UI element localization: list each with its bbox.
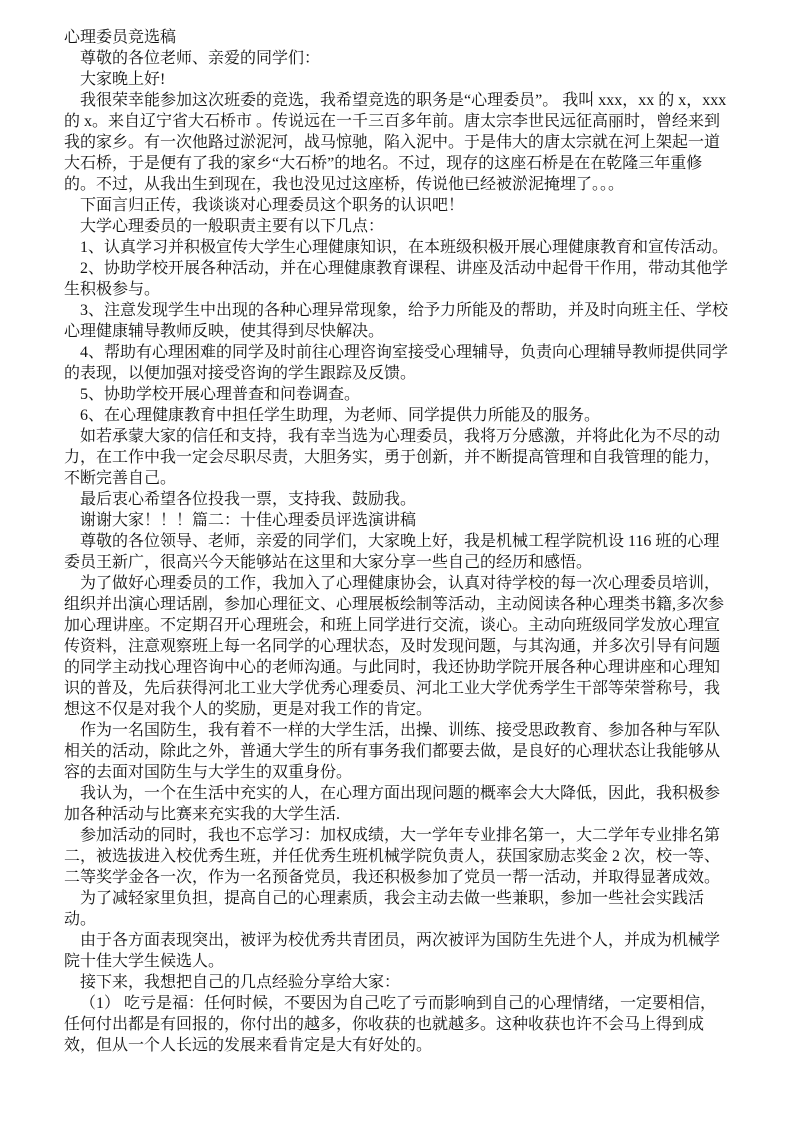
paragraph-belief: 我认为，一个在生活中充实的人，在心理方面出现问题的概率会大大降低，因此，我积极参… bbox=[64, 783, 730, 825]
paragraph-promise: 如若承蒙大家的信任和支持，我有幸当选为心理委员，我将万分感激，并将此化为不尽的动… bbox=[64, 426, 730, 489]
paragraph-duty-4: 4、帮助有心理困难的同学及时前往心理咨询室接受心理辅导，负责向心理辅导教师提供同… bbox=[64, 342, 730, 384]
document-page: 心理委员竞选稿 尊敬的各位老师、亲爱的同学们： 大家晚上好! 我很荣幸能参加这次… bbox=[0, 0, 794, 1123]
document-title: 心理委员竞选稿 bbox=[64, 27, 730, 48]
paragraph-duty-5: 5、协助学校开展心理普查和问卷调查。 bbox=[64, 384, 730, 405]
paragraph-part2-salutation: 尊敬的各位领导、老师，亲爱的同学们，大家晚上好，我是机械工程学院机设 116 班… bbox=[64, 531, 730, 573]
paragraph-vote-appeal: 最后衷心希望各位投我一票，支持我、鼓励我。 bbox=[64, 489, 730, 510]
paragraph-salutation: 尊敬的各位老师、亲爱的同学们： bbox=[64, 48, 730, 69]
paragraph-experience-sharing-intro: 接下来，我想把自己的几点经验分享给大家： bbox=[64, 972, 730, 993]
paragraph-transition: 下面言归正传，我谈谈对心理委员这个职务的认识吧！ bbox=[64, 195, 730, 216]
paragraph-duties-intro: 大学心理委员的一般职责主要有以下几点： bbox=[64, 216, 730, 237]
paragraph-thanks-and-part2-title: 谢谢大家！！！篇二：十佳心理委员评选演讲稿 bbox=[64, 510, 730, 531]
paragraph-duty-1: 1、认真学习并积极宣传大学生心理健康知识，在本班级积极开展心理健康教育和宣传活动… bbox=[64, 237, 730, 258]
paragraph-defense-student-life: 作为一名国防生，我有着不一样的大学生活，出操、训练、接受思政教育、参加各种与军队… bbox=[64, 720, 730, 783]
paragraph-self-introduction: 我很荣幸能参加这次班委的竞选，我希望竞选的职务是“心理委员”。 我叫 xxx，x… bbox=[64, 90, 730, 195]
paragraph-duty-3: 3、注意发现学生中出现的各种心理异常现象，给予力所能及的帮助，并及时向班主任、学… bbox=[64, 300, 730, 342]
paragraph-academic-achievements: 参加活动的同时，我也不忘学习：加权成绩，大一学年专业排名第一，大二学年专业排名第… bbox=[64, 825, 730, 888]
paragraph-duty-2: 2、协助学校开展各种活动，并在心理健康教育课程、讲座及活动中起骨干作用，带动其他… bbox=[64, 258, 730, 300]
paragraph-greeting: 大家晚上好! bbox=[64, 69, 730, 90]
paragraph-honors: 由于各方面表现突出，被评为校优秀共青团员，两次被评为国防生先进个人，并成为机械学… bbox=[64, 930, 730, 972]
paragraph-work-experience: 为了做好心理委员的工作，我加入了心理健康协会，认真对待学校的每一次心理委员培训，… bbox=[64, 573, 730, 720]
paragraph-part-time-work: 为了减轻家里负担，提高自己的心理素质，我会主动去做一些兼职，参加一些社会实践活动… bbox=[64, 888, 730, 930]
paragraph-experience-point-1: （1） 吃亏是福：任何时候，不要因为自己吃了亏而影响到自己的心理情绪，一定要相信… bbox=[64, 993, 730, 1056]
paragraph-duty-6: 6、在心理健康教育中担任学生助理，为老师、同学提供力所能及的服务。 bbox=[64, 405, 730, 426]
